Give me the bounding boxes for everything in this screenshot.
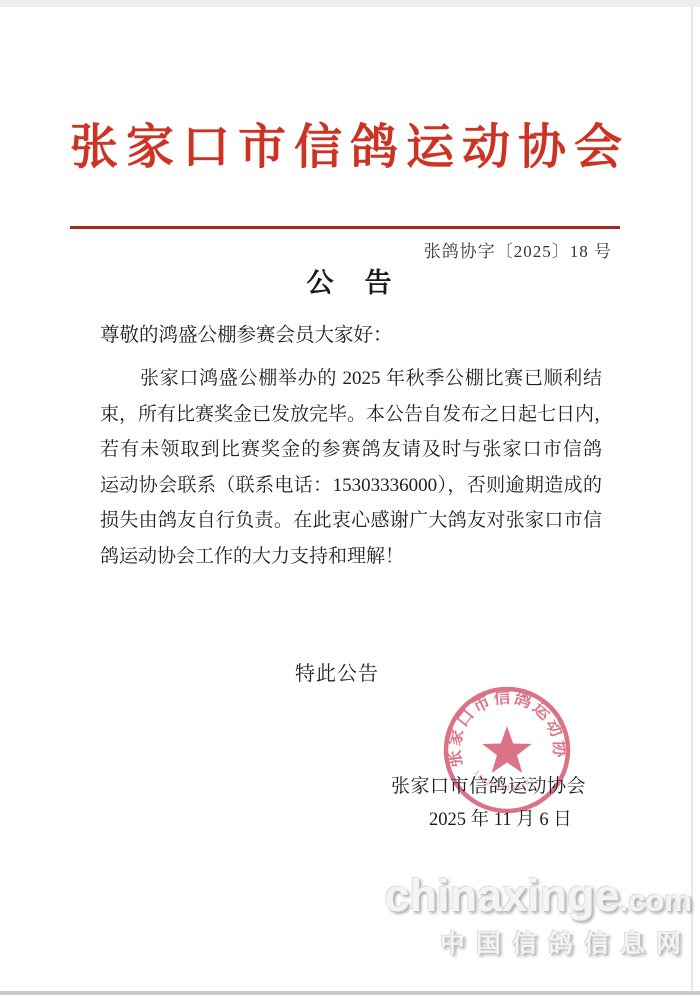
watermark-site-cn: 中国信鸽信息网 [385, 924, 692, 960]
document-page: 张家口市信鸽运动协会 张鸽协字〔2025〕18 号 公 告 尊敬的鸿盛公棚参赛会… [0, 0, 700, 995]
paragraph-line: 张家口鸿盛公棚举办的 2025 年秋季公棚比赛已顺利结 [100, 361, 602, 397]
paragraph-line: 若有未领取到比赛奖金的参赛鸽友请及时与张家口市信鸽 [100, 432, 602, 468]
notice-title: 公 告 [0, 261, 700, 300]
watermark-site: chinaxinge [385, 870, 620, 921]
paragraph-line: 束，所有比赛奖金已发放完毕。本公告自发布之日起七日内， [100, 397, 602, 433]
greeting-line: 尊敬的鸿盛公棚参赛会员大家好： [100, 319, 610, 347]
body-paragraph: 张家口鸿盛公棚举办的 2025 年秋季公棚比赛已顺利结 束，所有比赛奖金已发放完… [100, 361, 602, 574]
org-title: 张家口市信鸽运动协会 [0, 108, 700, 177]
scan-top-edge [0, 0, 700, 7]
official-seal: 张家口市信鸽运动协会 1302032006307 [440, 684, 576, 820]
header-rule [70, 226, 620, 229]
paragraph-line: 鸽运动协会工作的大力支持和理解！ [100, 539, 602, 575]
signature-date: 2025 年 11 月 6 日 [429, 805, 572, 831]
doc-number: 张鸽协字〔2025〕18 号 [424, 237, 612, 262]
scan-bottom-edge [0, 991, 700, 995]
seal-star-icon [482, 726, 531, 773]
closing-phrase: 特此公告 [295, 657, 379, 686]
paragraph-line: 损失由鸽友自行负责。在此衷心感谢广大鸽友对张家口市信 [100, 503, 602, 539]
signature-org: 张家口市信鸽运动协会 [391, 771, 586, 798]
watermark: chinaxinge.com 中国信鸽信息网 [385, 870, 692, 960]
watermark-tld: .com [620, 883, 692, 918]
paragraph-line: 运动协会联系（联系电话：15303336000），否则逾期造成的 [100, 468, 602, 504]
watermark-site-line: chinaxinge.com [385, 870, 692, 922]
